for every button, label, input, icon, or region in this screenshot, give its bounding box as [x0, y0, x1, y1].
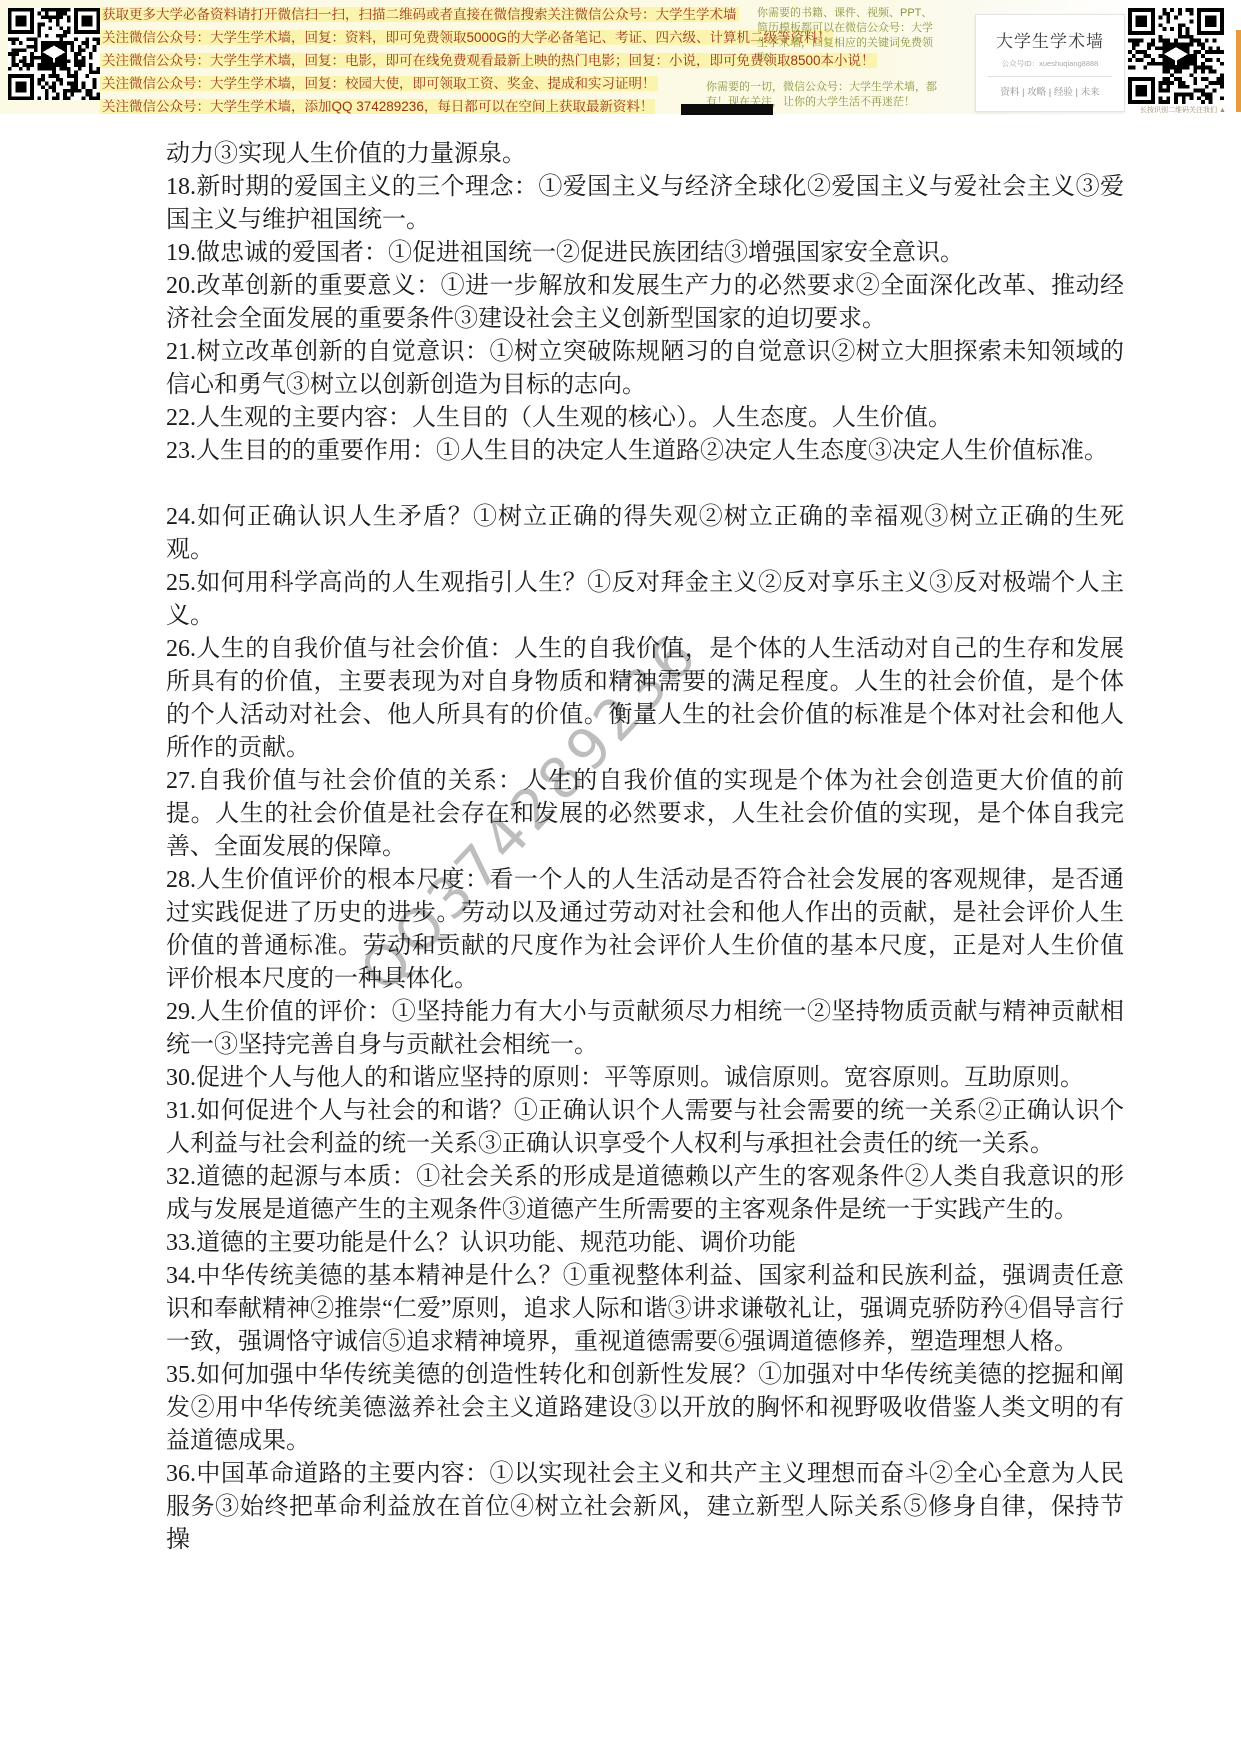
promo-line-text: 关注微信公众号：大学生学术墙，回复：校园大使，即可领取工资、奖金、提成和实习证明… — [100, 76, 658, 91]
document-page: 获取更多大学必备资料请打开微信扫一扫，扫描二维码或者直接在微信搜索关注微信公众号… — [0, 0, 1241, 1754]
doc-paragraph: 25.如何用科学高尚的人生观指引人生？①反对拜金主义②反对享乐主义③反对极端个人… — [166, 567, 1124, 633]
qr-caption: 长按识别二维码关注我们 ▲ — [1140, 105, 1224, 115]
qr-code-icon — [8, 8, 100, 100]
official-account-card: 大学生学术墙 公众号ID：xueshuqiang8888 资料 | 攻略 | 经… — [975, 14, 1125, 112]
doc-paragraph: 29.人生价值的评价：①坚持能力有大小与贡献须尽力相统一②坚持物质贡献与精神贡献… — [166, 996, 1124, 1062]
doc-paragraph: 26.人生的自我价值与社会价值：人生的自我价值，是个体的人生活动对自己的生存和发… — [166, 633, 1124, 765]
card-divider — [988, 76, 1112, 77]
doc-paragraph: 20.改革创新的重要意义：①进一步解放和发展生产力的必然要求②全面深化改革、推动… — [166, 270, 1124, 336]
promo-line-text: 关注微信公众号：大学生学术墙，回复：资料，即可免费领取5000G的大学必备笔记、… — [100, 30, 833, 45]
doc-paragraph: 31.如何促进个人与社会的和谐？①正确认识个人需要与社会需要的统一关系②正确认识… — [166, 1095, 1124, 1161]
doc-paragraph: 34.中华传统美德的基本精神是什么？①重视整体利益、国家利益和民族利益，强调责任… — [166, 1260, 1124, 1359]
doc-paragraph: 33.道德的主要功能是什么？认识功能、规范功能、调价功能 — [166, 1227, 1124, 1260]
qr-code-icon — [1128, 8, 1224, 104]
promo-line-text: 关注微信公众号：大学生学术墙，添加QQ 374289236，每日都可以在空间上获… — [100, 99, 655, 114]
document-body: 动力③实现人生价值的力量源泉。 18.新时期的爱国主义的三个理念：①爱国主义与经… — [166, 138, 1124, 1557]
doc-paragraph: 动力③实现人生价值的力量源泉。 — [166, 138, 1124, 171]
banner-note: 你需要的书籍、课件、视频、PPT、简历模板都可以在微信公众号：大学生学术墙，回复… — [757, 6, 937, 66]
doc-paragraph: 35.如何加强中华传统美德的创造性转化和创新性发展？①加强对中华传统美德的挖掘和… — [166, 1359, 1124, 1458]
cropped-text-fragment — [681, 104, 773, 115]
doc-paragraph: 23.人生目的的重要作用：①人生目的决定人生道路②决定人生态度③决定人生价值标准… — [166, 435, 1124, 468]
promo-line-text: 获取更多大学必备资料请打开微信扫一扫，扫描二维码或者直接在微信搜索关注微信公众号… — [100, 7, 739, 22]
account-tags: 资料 | 攻略 | 经验 | 未来 — [976, 84, 1124, 98]
account-id: 公众号ID：xueshuqiang8888 — [976, 58, 1124, 69]
doc-paragraph: 19.做忠诚的爱国者：①促进祖国统一②促进民族团结③增强国家安全意识。 — [166, 237, 1124, 270]
page-edge-accent — [1236, 30, 1241, 112]
doc-paragraph: 28.人生价值评价的根本尺度：看一个人的人生活动是否符合社会发展的客观规律，是否… — [166, 864, 1124, 996]
promo-banner: 获取更多大学必备资料请打开微信扫一扫，扫描二维码或者直接在微信搜索关注微信公众号… — [0, 0, 1241, 114]
account-title: 大学生学术墙 — [976, 27, 1124, 52]
doc-paragraph: 24.如何正确认识人生矛盾？①树立正确的得失观②树立正确的幸福观③树立正确的生死… — [166, 501, 1124, 567]
doc-paragraph: 21.树立改革创新的自觉意识：①树立突破陈规陋习的自觉意识②树立大胆探索未知领域… — [166, 336, 1124, 402]
doc-paragraph: 18.新时期的爱国主义的三个理念：①爱国主义与经济全球化②爱国主义与爱社会主义③… — [166, 171, 1124, 237]
doc-paragraph: 36.中国革命道路的主要内容：①以实现社会主义和共产主义理想而奋斗②全心全意为人… — [166, 1458, 1124, 1557]
doc-paragraph: 27.自我价值与社会价值的关系：人生的自我价值的实现是个体为社会创造更大价值的前… — [166, 765, 1124, 864]
doc-paragraph: 32.道德的起源与本质：①社会关系的形成是道德赖以产生的客观条件②人类自我意识的… — [166, 1161, 1124, 1227]
doc-paragraph: 30.促进个人与他人的和谐应坚持的原则：平等原则。诚信原则。宽容原则。互助原则。 — [166, 1062, 1124, 1095]
doc-paragraph: 22.人生观的主要内容：人生目的（人生观的核心）。人生态度。人生价值。 — [166, 402, 1124, 435]
